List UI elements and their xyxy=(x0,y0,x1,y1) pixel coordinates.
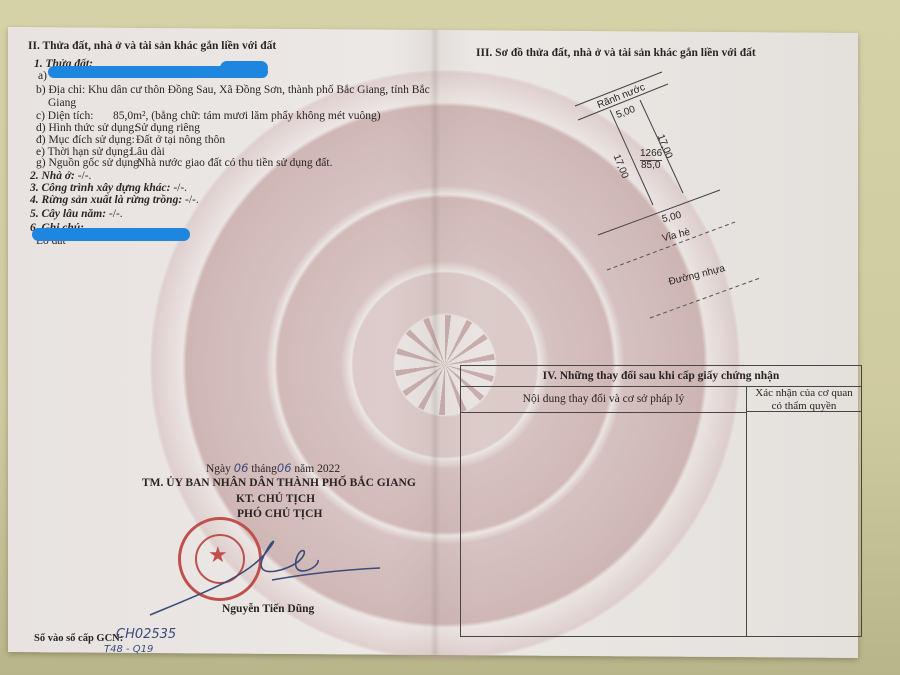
item3-label: 3. Công trình xây dựng khác: xyxy=(30,182,170,194)
item5-label: 5. Cây lâu năm: xyxy=(30,208,106,220)
item4-row: 4. Rừng sản xuất là rừng trồng: -/-. xyxy=(30,194,199,207)
address-line: b) Địa chỉ: Khu dân cư thôn Đồng Sau, Xã… xyxy=(36,84,430,97)
section-ii-title: II. Thửa đất, nhà ở và tài sản khác gắn … xyxy=(28,40,276,53)
issue-date: Ngày 06 tháng06 năm 2022 xyxy=(206,462,340,476)
redaction-owner-blob xyxy=(220,61,268,75)
item5-value: -/-. xyxy=(109,208,123,220)
item-a-prefix: a) xyxy=(38,70,47,83)
kt-chairman: KT. CHỦ TỊCH xyxy=(236,493,315,506)
date-ngay: Ngày xyxy=(206,463,231,475)
date-year: năm 2022 xyxy=(294,463,340,475)
date-thang: tháng xyxy=(251,463,277,475)
changes-col-confirmation-line1: Xác nhận của cơ quan xyxy=(747,387,861,400)
vice-chairman: PHÓ CHỦ TỊCH xyxy=(237,508,322,521)
changes-table: IV. Những thay đổi sau khi cấp giấy chứn… xyxy=(460,365,862,637)
register-value: CH02535 xyxy=(116,628,176,641)
changes-col-confirmation: Xác nhận của cơ quan có thẩm quyền xyxy=(746,386,861,412)
item4-label: 4. Rừng sản xuất là rừng trồng: xyxy=(30,194,182,206)
address-line-cont: Giang xyxy=(48,97,76,110)
origin-label: g) Nguồn gốc sử dụng: xyxy=(36,157,142,170)
origin-value: Nhà nước giao đất có thu tiền sử dụng đấ… xyxy=(137,157,332,170)
date-month: 06 xyxy=(277,461,292,475)
item5-row: 5. Cây lâu năm: -/-. xyxy=(30,208,123,221)
date-day: 06 xyxy=(234,461,249,475)
table-column-divider xyxy=(746,412,747,636)
item2-value: -/-. xyxy=(78,170,92,182)
item3-value: -/-. xyxy=(173,182,187,194)
changes-col-confirmation-line2: có thẩm quyền xyxy=(747,400,861,413)
page-fold xyxy=(430,30,440,655)
issuing-authority: TM. ỦY BAN NHÂN DÂN THÀNH PHỐ BẮC GIANG xyxy=(142,477,416,490)
item2-label: 2. Nhà ở: xyxy=(30,170,75,182)
changes-table-title: IV. Những thay đổi sau khi cấp giấy chứn… xyxy=(461,366,861,387)
signer-name: Nguyễn Tiến Dũng xyxy=(222,603,314,616)
register-sub: T48 - Q19 xyxy=(104,643,153,656)
section-iii-title: III. Sơ đồ thửa đất, nhà ở và tài sản kh… xyxy=(476,47,756,60)
parcel-area: 85,0 xyxy=(641,159,660,172)
changes-col-content: Nội dung thay đổi và cơ sở pháp lý xyxy=(461,386,746,413)
redaction-note xyxy=(32,228,190,241)
stamp-star-icon: ★ xyxy=(208,544,228,566)
item4-value: -/-. xyxy=(185,194,199,206)
